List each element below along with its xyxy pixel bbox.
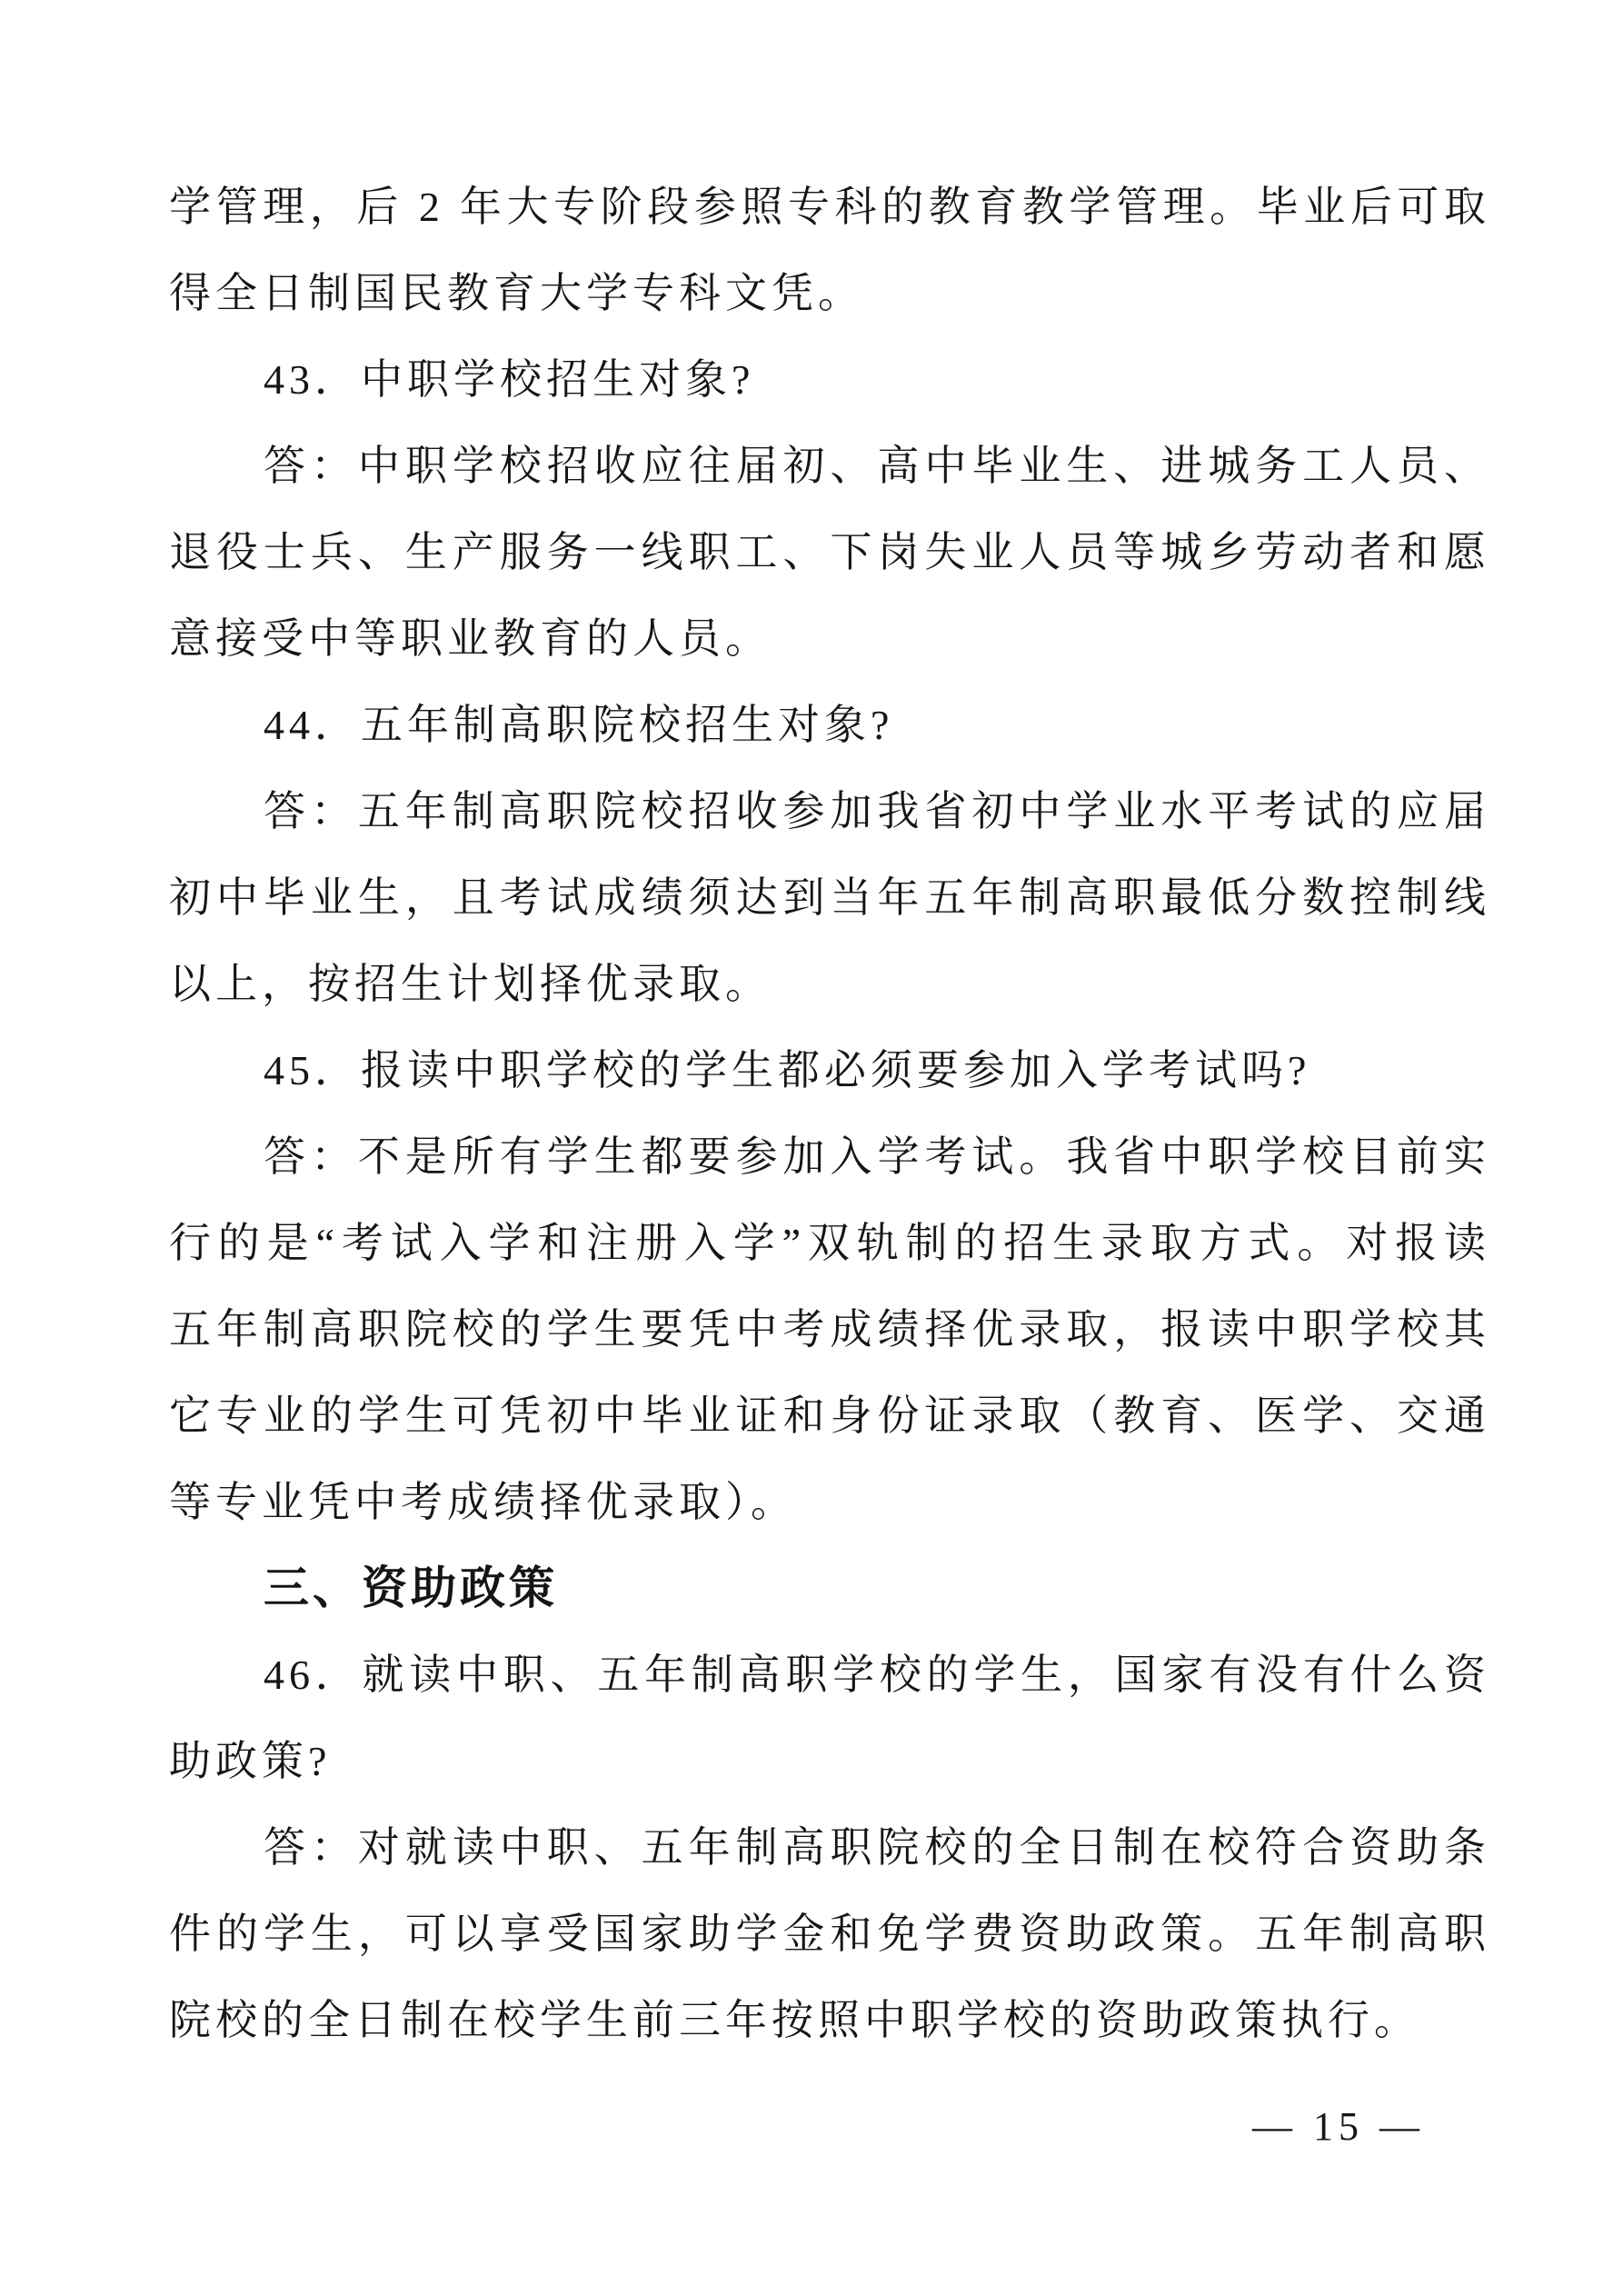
- text-line: 行的是“考试入学和注册入学”双轨制的招生录取方式。对报读: [169, 1200, 1490, 1286]
- text-line: 答：中职学校招收应往届初、高中毕业生、进城务工人员、: [169, 423, 1490, 509]
- text-line: 意接受中等职业教育的人员。: [169, 595, 1490, 682]
- text-line: 以上，按招生计划择优录取。: [169, 941, 1490, 1027]
- text-line: 等专业凭中考成绩择优录取）。: [169, 1459, 1490, 1545]
- text-line: 初中毕业生，且考试成绩须达到当年五年制高职最低分数控制线: [169, 854, 1490, 941]
- text-line: 45．报读中职学校的学生都必须要参加入学考试吗?: [169, 1027, 1490, 1113]
- text-line: 答：对就读中职、五年制高职院校的全日制在校符合资助条: [169, 1804, 1490, 1891]
- text-line: 件的学生，可以享受国家助学金和免学费资助政策。五年制高职: [169, 1891, 1490, 1977]
- document-lines: 学管理，后 2 年大专阶段参照专科的教育教学管理。毕业后可取得全日制国民教育大学…: [169, 164, 1490, 2063]
- text-line: 学管理，后 2 年大专阶段参照专科的教育教学管理。毕业后可取: [169, 164, 1490, 250]
- section-heading: 三、资助政策: [169, 1545, 1490, 1632]
- text-line: 得全日制国民教育大学专科文凭。: [169, 250, 1490, 336]
- text-line: 46．就读中职、五年制高职学校的学生，国家有没有什么资: [169, 1632, 1490, 1718]
- page-number: — 15 —: [1252, 2100, 1425, 2154]
- text-line: 五年制高职院校的学生要凭中考成绩择优录取，报读中职学校其: [169, 1286, 1490, 1373]
- text-line: 答：不是所有学生都要参加入学考试。我省中职学校目前实: [169, 1113, 1490, 1200]
- text-line: 它专业的学生可凭初中毕业证和身份证录取（教育、医学、交通: [169, 1373, 1490, 1459]
- document-page: 学管理，后 2 年大专阶段参照专科的教育教学管理。毕业后可取得全日制国民教育大学…: [0, 0, 1623, 2296]
- text-line: 院校的全日制在校学生前三年按照中职学校的资助政策执行。: [169, 1977, 1490, 2063]
- text-line: 43．中职学校招生对象?: [169, 336, 1490, 423]
- text-line: 答：五年制高职院校招收参加我省初中学业水平考试的应届: [169, 768, 1490, 854]
- text-line: 助政策?: [169, 1718, 1490, 1804]
- text-line: 退役士兵、生产服务一线职工、下岗失业人员等城乡劳动者和愿: [169, 509, 1490, 595]
- text-line: 44．五年制高职院校招生对象?: [169, 682, 1490, 768]
